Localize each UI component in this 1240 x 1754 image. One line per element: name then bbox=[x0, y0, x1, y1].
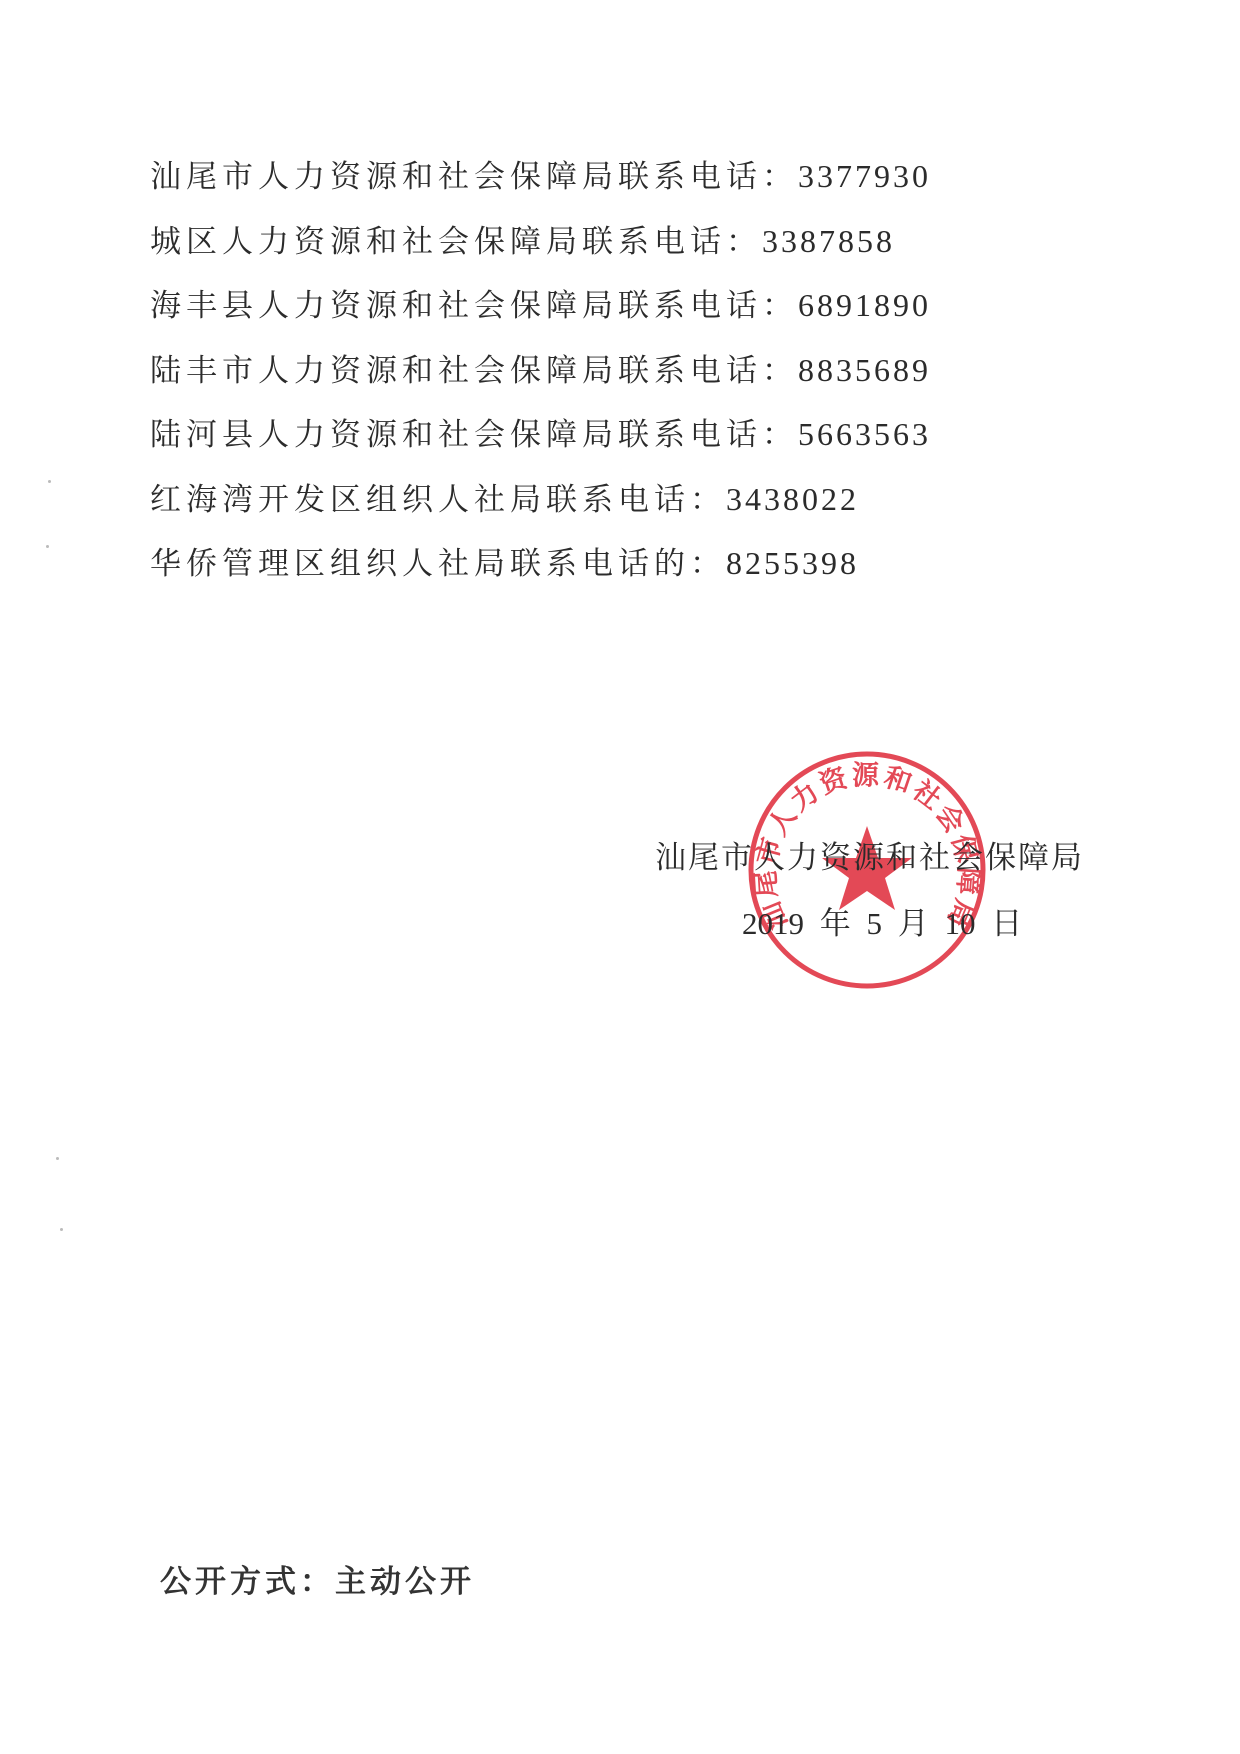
contact-list: 汕尾市人力资源和社会保障局联系电话：3377930 城区人力资源和社会保障局联系… bbox=[150, 152, 931, 604]
contact-label: 红海湾开发区组织人社局联系电话： bbox=[150, 482, 726, 518]
contact-phone: 5663563 bbox=[798, 416, 931, 452]
contact-label: 陆丰市人力资源和社会保障局联系电话： bbox=[150, 353, 798, 389]
contact-line-haifeng: 海丰县人力资源和社会保障局联系电话：6891890 bbox=[150, 281, 931, 346]
contact-line-honghaiwan: 红海湾开发区组织人社局联系电话：3438022 bbox=[150, 475, 931, 540]
scan-speck bbox=[46, 545, 49, 548]
contact-phone: 3438022 bbox=[726, 481, 859, 517]
contact-phone: 6891890 bbox=[798, 287, 931, 323]
contact-label: 汕尾市人力资源和社会保障局联系电话： bbox=[150, 159, 798, 195]
contact-phone: 3377930 bbox=[798, 158, 931, 194]
scan-speck bbox=[56, 1157, 59, 1160]
signature-organization: 汕尾市人力资源和社会保障局 bbox=[655, 832, 1084, 877]
contact-line-huaqiao: 华侨管理区组织人社局联系电话的：8255398 bbox=[150, 539, 931, 604]
contact-label: 陆河县人力资源和社会保障局联系电话： bbox=[150, 417, 798, 453]
contact-line-lufeng: 陆丰市人力资源和社会保障局联系电话：8835689 bbox=[150, 346, 931, 411]
contact-label: 城区人力资源和社会保障局联系电话： bbox=[150, 224, 762, 260]
disclosure-method: 公开方式：主动公开 bbox=[160, 1556, 475, 1601]
contact-phone: 8835689 bbox=[798, 352, 931, 388]
contact-label: 华侨管理区组织人社局联系电话的： bbox=[150, 546, 726, 582]
contact-line-chengqu: 城区人力资源和社会保障局联系电话：3387858 bbox=[150, 217, 931, 282]
contact-phone: 8255398 bbox=[726, 545, 859, 581]
scan-speck bbox=[60, 1228, 63, 1231]
contact-line-luhe: 陆河县人力资源和社会保障局联系电话：5663563 bbox=[150, 410, 931, 475]
scan-speck bbox=[48, 480, 51, 483]
signature-date: 2019 年 5 月 10 日 bbox=[742, 898, 1022, 943]
contact-line-shanwei: 汕尾市人力资源和社会保障局联系电话：3377930 bbox=[150, 152, 931, 217]
contact-phone: 3387858 bbox=[762, 223, 895, 259]
contact-label: 海丰县人力资源和社会保障局联系电话： bbox=[150, 288, 798, 324]
